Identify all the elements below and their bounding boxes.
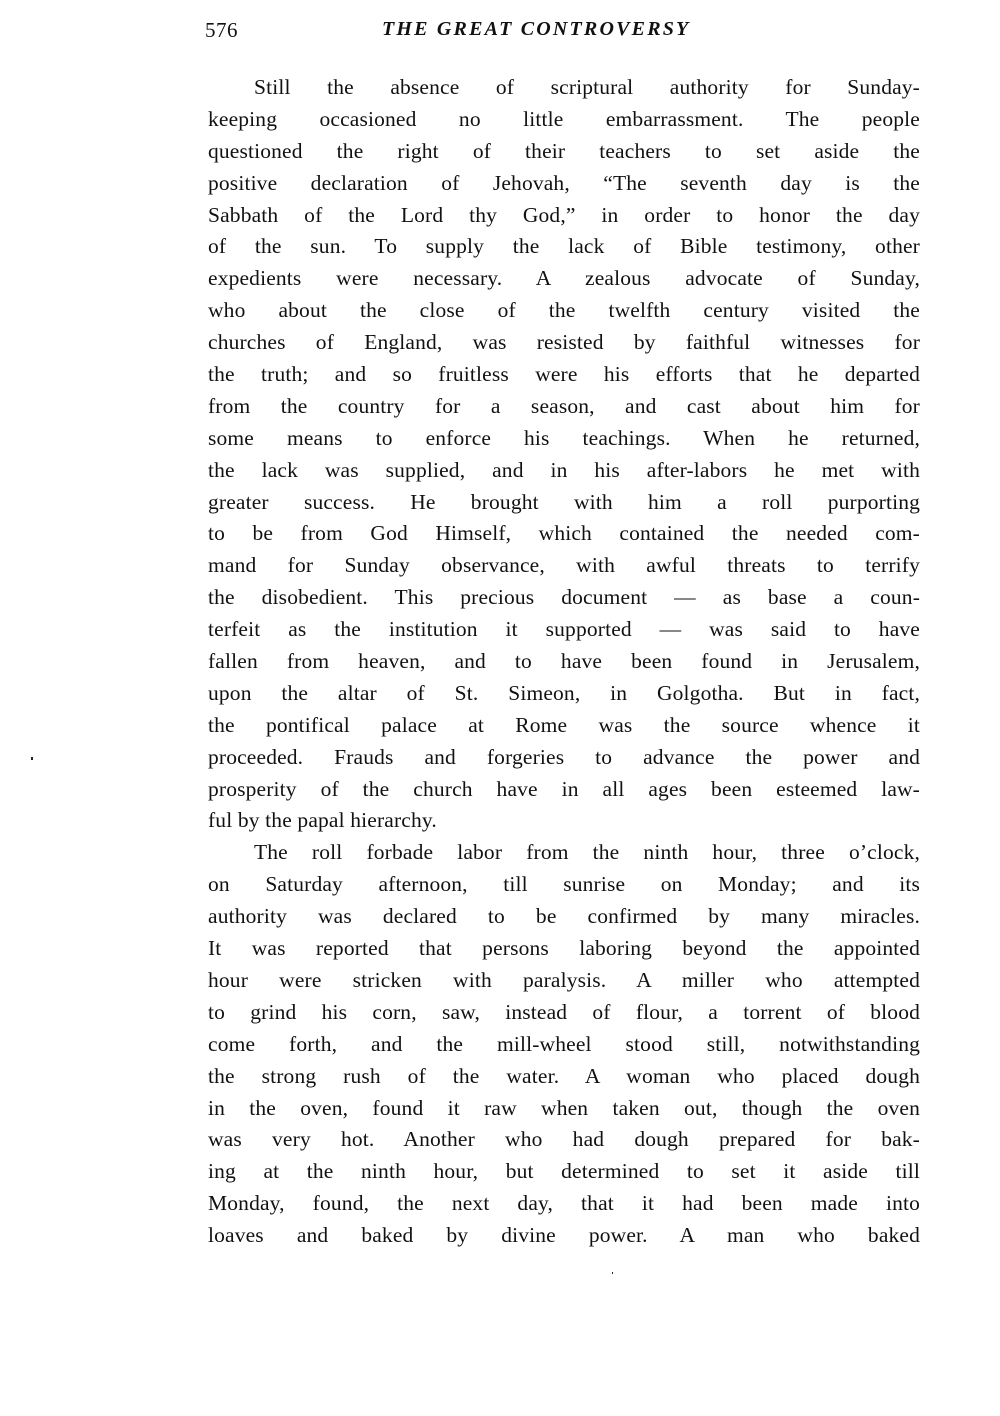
text-line: come forth, and the mill-wheel stood sti…	[208, 1029, 920, 1061]
text-line: some means to enforce his teachings. Whe…	[208, 423, 920, 455]
text-line: from the country for a season, and cast …	[208, 391, 920, 423]
text-line: the lack was supplied, and in his after-…	[208, 455, 920, 487]
text-line: was very hot. Another who had dough prep…	[208, 1124, 920, 1156]
body-text: Still the absence of scriptural authorit…	[208, 72, 920, 1252]
text-line: to grind his corn, saw, instead of flour…	[208, 997, 920, 1029]
text-line: on Saturday afternoon, till sunrise on M…	[208, 869, 920, 901]
text-line: The roll forbade labor from the ninth ho…	[208, 837, 920, 869]
text-line: loaves and baked by divine power. A man …	[208, 1220, 920, 1252]
text-line: Monday, found, the next day, that it had…	[208, 1188, 920, 1220]
text-line: ful by the papal hierarchy.	[208, 805, 920, 837]
scan-speck	[612, 1272, 613, 1274]
paragraph-1: Still the absence of scriptural authorit…	[208, 72, 920, 837]
text-line: the disobedient. This precious document …	[208, 582, 920, 614]
text-line: upon the altar of St. Simeon, in Golgoth…	[208, 678, 920, 710]
text-line: It was reported that persons laboring be…	[208, 933, 920, 965]
text-line: of the sun. To supply the lack of Bible …	[208, 231, 920, 263]
paragraph-2: The roll forbade labor from the ninth ho…	[208, 837, 920, 1252]
text-line: Sabbath of the Lord thy God,” in order t…	[208, 200, 920, 232]
text-line: questioned the right of their teachers t…	[208, 136, 920, 168]
text-line: hour were stricken with paralysis. A mil…	[208, 965, 920, 997]
book-page: 576 THE GREAT CONTROVERSY Still the abse…	[0, 0, 1000, 1416]
text-line: the strong rush of the water. A woman wh…	[208, 1061, 920, 1093]
text-line: the truth; and so fruitless were his eff…	[208, 359, 920, 391]
running-title: THE GREAT CONTROVERSY	[382, 18, 690, 41]
text-line: keeping occasioned no little embarrassme…	[208, 104, 920, 136]
text-line: to be from God Himself, which contained …	[208, 518, 920, 550]
text-line: the pontifical palace at Rome was the so…	[208, 710, 920, 742]
text-line: Still the absence of scriptural authorit…	[208, 72, 920, 104]
text-line: fallen from heaven, and to have been fou…	[208, 646, 920, 678]
scan-speck	[31, 757, 33, 760]
page-number: 576	[205, 18, 238, 43]
text-line: greater success. He brought with him a r…	[208, 487, 920, 519]
text-line: authority was declared to be confirmed b…	[208, 901, 920, 933]
text-line: terfeit as the institution it supported …	[208, 614, 920, 646]
text-line: prosperity of the church have in all age…	[208, 774, 920, 806]
text-line: expedients were necessary. A zealous adv…	[208, 263, 920, 295]
text-line: churches of England, was resisted by fai…	[208, 327, 920, 359]
text-line: positive declaration of Jehovah, “The se…	[208, 168, 920, 200]
text-line: in the oven, found it raw when taken out…	[208, 1093, 920, 1125]
text-line: who about the close of the twelfth centu…	[208, 295, 920, 327]
text-line: proceeded. Frauds and forgeries to advan…	[208, 742, 920, 774]
text-line: mand for Sunday observance, with awful t…	[208, 550, 920, 582]
text-line: ing at the ninth hour, but determined to…	[208, 1156, 920, 1188]
running-head: 576 THE GREAT CONTROVERSY	[205, 18, 925, 48]
